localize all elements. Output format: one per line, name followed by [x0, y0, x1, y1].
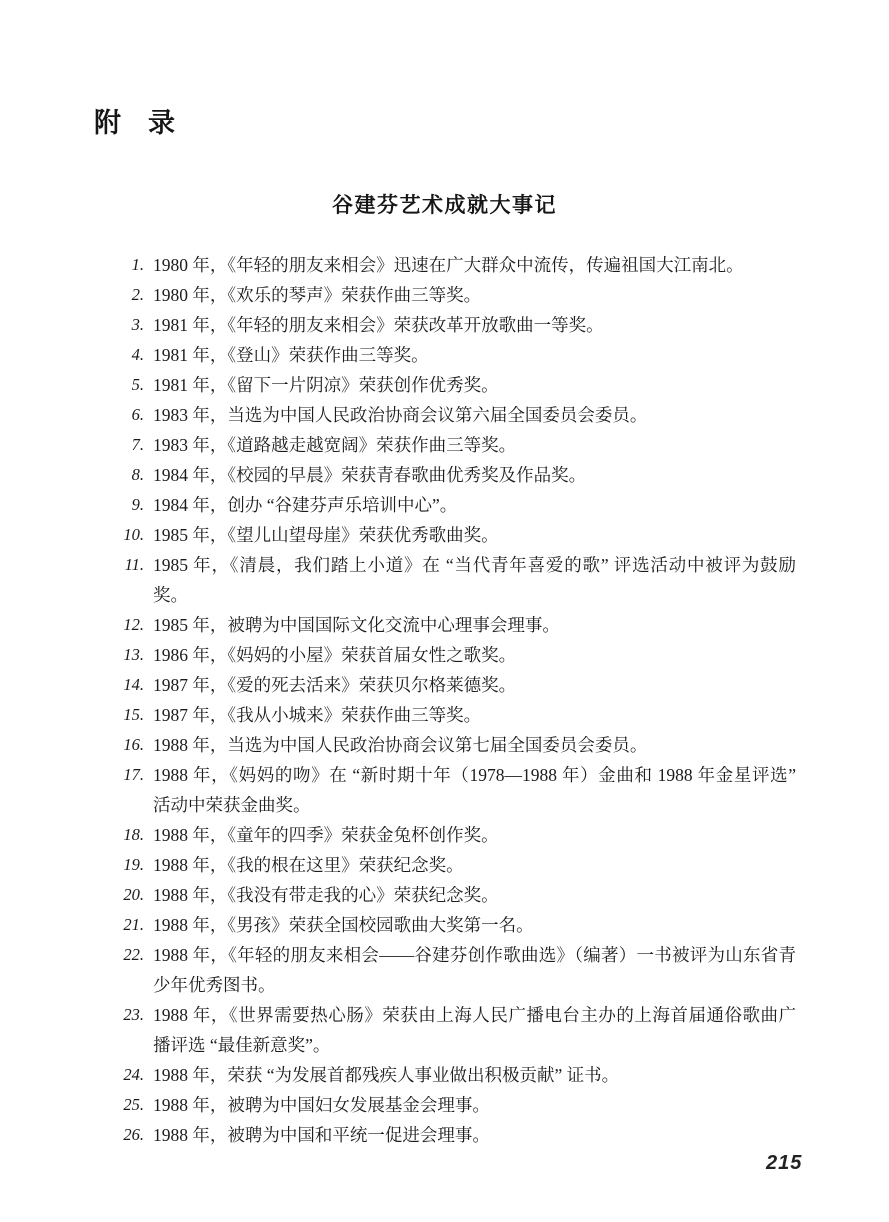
list-item: 11. 1985 年，《清晨，我们踏上小道》在 “当代青年喜爱的歌” 评选活动中…: [120, 550, 796, 610]
list-item-number: 11.: [120, 550, 144, 580]
list-item-number: 17.: [120, 760, 144, 790]
list-item-number: 26.: [120, 1120, 144, 1150]
list-item: 14. 1987 年，《爱的死去活来》荣获贝尔格莱德奖。: [120, 670, 796, 700]
list-item-text: 1988 年，《我的根在这里》荣获纪念奖。: [153, 850, 796, 880]
list-item-text: 1988 年，被聘为中国和平统一促进会理事。: [153, 1120, 796, 1150]
list-item-number: 23.: [120, 1000, 144, 1030]
list-item-number: 7.: [120, 430, 144, 460]
list-item-number: 2.: [120, 280, 144, 310]
list-item-number: 20.: [120, 880, 144, 910]
list-item-number: 8.: [120, 460, 144, 490]
list-item-text: 1985 年，《望儿山望母崖》荣获优秀歌曲奖。: [153, 520, 796, 550]
list-item-text: 1983 年，《道路越走越宽阔》荣获作曲三等奖。: [153, 430, 796, 460]
list-item-text: 1985 年，被聘为中国国际文化交流中心理事会理事。: [153, 610, 796, 640]
list-item: 10. 1985 年，《望儿山望母崖》荣获优秀歌曲奖。: [120, 520, 796, 550]
list-item: 12. 1985 年，被聘为中国国际文化交流中心理事会理事。: [120, 610, 796, 640]
list-item-text: 1981 年，《登山》荣获作曲三等奖。: [153, 340, 796, 370]
list-item: 16. 1988 年，当选为中国人民政治协商会议第七届全国委员会委员。: [120, 730, 796, 760]
list-item-text: 1988 年，《妈妈的吻》在 “新时期十年（1978—1988 年）金曲和 19…: [153, 760, 796, 820]
list-item-number: 18.: [120, 820, 144, 850]
list-item-number: 6.: [120, 400, 144, 430]
list-item: 26. 1988 年，被聘为中国和平统一促进会理事。: [120, 1120, 796, 1150]
list-item-text: 1988 年，被聘为中国妇女发展基金会理事。: [153, 1090, 796, 1120]
list-item-text: 1986 年，《妈妈的小屋》荣获首届女性之歌奖。: [153, 640, 796, 670]
list-item-text: 1988 年，《我没有带走我的心》荣获纪念奖。: [153, 880, 796, 910]
list-item: 5. 1981 年，《留下一片阴凉》荣获创作优秀奖。: [120, 370, 796, 400]
list-item: 9. 1984 年，创办 “谷建芬声乐培训中心”。: [120, 490, 796, 520]
list-item-text: 1984 年，《校园的早晨》荣获青春歌曲优秀奖及作品奖。: [153, 460, 796, 490]
list-item-number: 10.: [120, 520, 144, 550]
list-item: 1. 1980 年，《年轻的朋友来相会》迅速在广大群众中流传，传遍祖国大江南北。: [120, 250, 796, 280]
list-item-text: 1980 年，《年轻的朋友来相会》迅速在广大群众中流传，传遍祖国大江南北。: [153, 250, 796, 280]
list-item-number: 4.: [120, 340, 144, 370]
list-item-text: 1981 年，《年轻的朋友来相会》荣获改革开放歌曲一等奖。: [153, 310, 796, 340]
list-item-number: 5.: [120, 370, 144, 400]
list-item-text: 1987 年，《爱的死去活来》荣获贝尔格莱德奖。: [153, 670, 796, 700]
page-number: 215: [766, 1152, 802, 1175]
list-item-number: 25.: [120, 1090, 144, 1120]
list-item: 2. 1980 年，《欢乐的琴声》荣获作曲三等奖。: [120, 280, 796, 310]
list-item-number: 16.: [120, 730, 144, 760]
appendix-heading: 附 录: [94, 105, 175, 141]
list-item: 19. 1988 年，《我的根在这里》荣获纪念奖。: [120, 850, 796, 880]
list-item: 23. 1988 年，《世界需要热心肠》荣获由上海人民广播电台主办的上海首届通俗…: [120, 1000, 796, 1060]
list-item: 24. 1988 年，荣获 “为发展首都残疾人事业做出积极贡献” 证书。: [120, 1060, 796, 1090]
list-item: 3. 1981 年，《年轻的朋友来相会》荣获改革开放歌曲一等奖。: [120, 310, 796, 340]
list-item-number: 15.: [120, 700, 144, 730]
list-item-text: 1988 年，《男孩》荣获全国校园歌曲大奖第一名。: [153, 910, 796, 940]
list-item-number: 21.: [120, 910, 144, 940]
list-item-number: 13.: [120, 640, 144, 670]
list-item-number: 12.: [120, 610, 144, 640]
list-item: 13. 1986 年，《妈妈的小屋》荣获首届女性之歌奖。: [120, 640, 796, 670]
list-item: 25. 1988 年，被聘为中国妇女发展基金会理事。: [120, 1090, 796, 1120]
list-item-text: 1988 年，当选为中国人民政治协商会议第七届全国委员会委员。: [153, 730, 796, 760]
list-item-number: 24.: [120, 1060, 144, 1090]
list-item: 18. 1988 年，《童年的四季》荣获金兔杯创作奖。: [120, 820, 796, 850]
list-item: 8. 1984 年，《校园的早晨》荣获青春歌曲优秀奖及作品奖。: [120, 460, 796, 490]
list-item-text: 1981 年，《留下一片阴凉》荣获创作优秀奖。: [153, 370, 796, 400]
list-item: 7. 1983 年，《道路越走越宽阔》荣获作曲三等奖。: [120, 430, 796, 460]
list-item: 6. 1983 年，当选为中国人民政治协商会议第六届全国委员会委员。: [120, 400, 796, 430]
list-item-text: 1988 年，荣获 “为发展首都残疾人事业做出积极贡献” 证书。: [153, 1060, 796, 1090]
list-item-text: 1980 年，《欢乐的琴声》荣获作曲三等奖。: [153, 280, 796, 310]
list-item-number: 22.: [120, 940, 144, 970]
list-item-text: 1988 年，《年轻的朋友来相会——谷建芬创作歌曲选》（编著）一书被评为山东省青…: [153, 940, 796, 1000]
list-item-number: 19.: [120, 850, 144, 880]
list-item: 22. 1988 年，《年轻的朋友来相会——谷建芬创作歌曲选》（编著）一书被评为…: [120, 940, 796, 1000]
list-item-text: 1988 年，《世界需要热心肠》荣获由上海人民广播电台主办的上海首届通俗歌曲广播…: [153, 1000, 796, 1060]
achievement-list: 1. 1980 年，《年轻的朋友来相会》迅速在广大群众中流传，传遍祖国大江南北。…: [120, 250, 796, 1150]
list-item-text: 1985 年，《清晨，我们踏上小道》在 “当代青年喜爱的歌” 评选活动中被评为鼓…: [153, 550, 796, 610]
list-item-text: 1984 年，创办 “谷建芬声乐培训中心”。: [153, 490, 796, 520]
list-item-text: 1987 年，《我从小城来》荣获作曲三等奖。: [153, 700, 796, 730]
page-title: 谷建芬艺术成就大事记: [0, 190, 889, 220]
list-item-text: 1983 年，当选为中国人民政治协商会议第六届全国委员会委员。: [153, 400, 796, 430]
list-item: 17. 1988 年，《妈妈的吻》在 “新时期十年（1978—1988 年）金曲…: [120, 760, 796, 820]
list-item-number: 9.: [120, 490, 144, 520]
list-item-number: 14.: [120, 670, 144, 700]
list-item-number: 1.: [120, 250, 144, 280]
list-item: 4. 1981 年，《登山》荣获作曲三等奖。: [120, 340, 796, 370]
list-item: 15. 1987 年，《我从小城来》荣获作曲三等奖。: [120, 700, 796, 730]
list-item: 20. 1988 年，《我没有带走我的心》荣获纪念奖。: [120, 880, 796, 910]
list-item-number: 3.: [120, 310, 144, 340]
list-item-text: 1988 年，《童年的四季》荣获金兔杯创作奖。: [153, 820, 796, 850]
list-item: 21. 1988 年，《男孩》荣获全国校园歌曲大奖第一名。: [120, 910, 796, 940]
